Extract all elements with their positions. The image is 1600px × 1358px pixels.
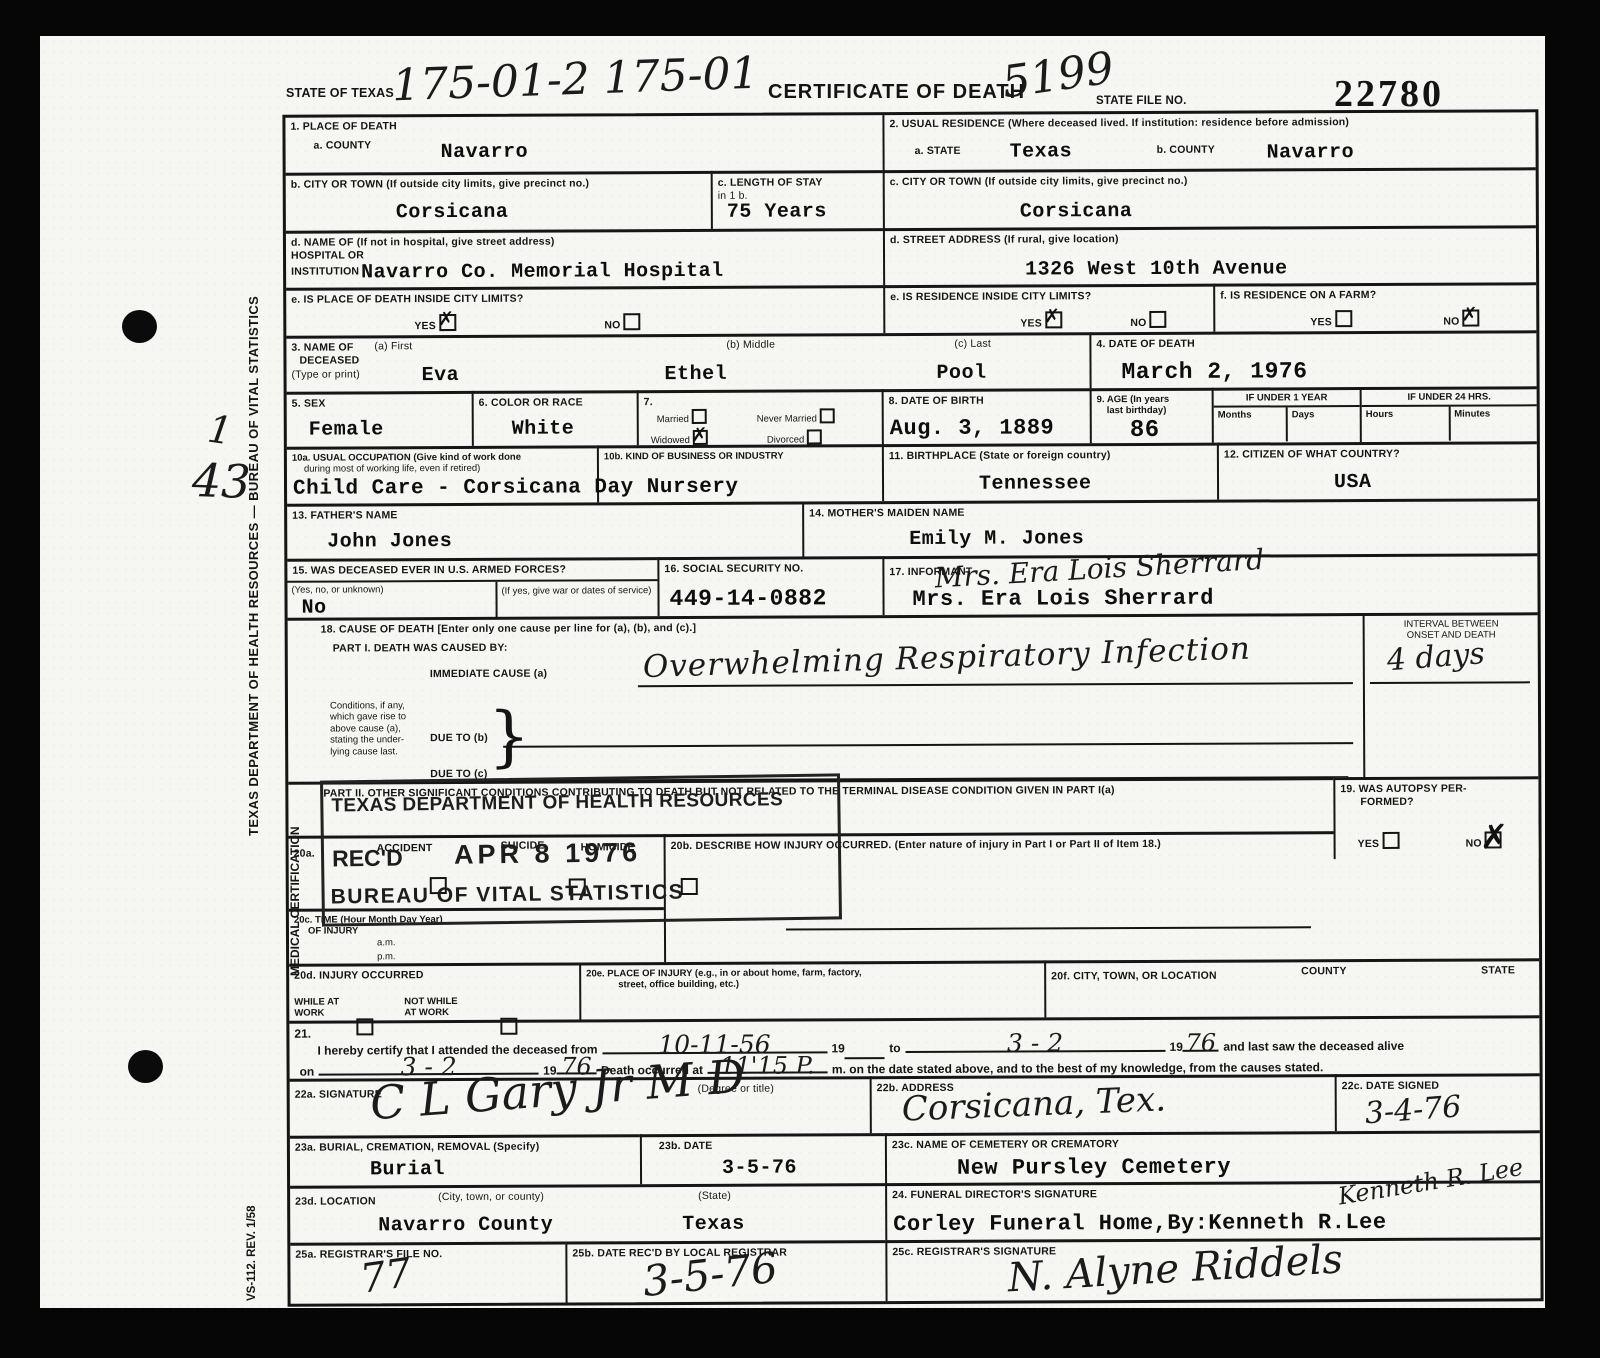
conditions-line4: stating the under- (330, 734, 406, 746)
birthplace-label: 11. BIRTHPLACE (State or foreign country… (889, 449, 1212, 464)
not-while-label-1: NOT WHILE (404, 996, 457, 1007)
autopsy-label-1: 19. WAS AUTOPSY PER- (1340, 782, 1533, 796)
handwritten-file-codes: 175-01-2 175-01 (391, 48, 759, 112)
under-1-year-columns: Months Days (1214, 407, 1360, 442)
attended-to-handwritten: 3 - 2 (905, 1036, 1165, 1053)
first-name-label: (a) First (374, 340, 412, 353)
certificate-page: 1 43 TEXAS DEPARTMENT OF HEALTH RESOURCE… (40, 36, 1545, 1308)
field-occupation: 10a. USUAL OCCUPATION (Give kind of work… (287, 445, 597, 503)
field-residence-farm: f. IS RESIDENCE ON A FARM? YES NO ✗ (1213, 282, 1536, 331)
year-to-handwritten: 76 (1183, 1036, 1219, 1052)
first-name-value: Eva (421, 364, 459, 387)
farm-no: NO ✗ (1443, 310, 1479, 329)
deceased-label-3: (Type or print) (292, 368, 360, 381)
death-city-limits-label: e. IS PLACE OF DEATH INSIDE CITY LIMITS? (291, 291, 878, 307)
field-20f-location: 20f. CITY, TOWN, OR LOCATION COUNTY STAT… (1044, 958, 1539, 1017)
cemetery-value: New Pursley Cemetery (957, 1155, 1231, 1181)
father-name-value: John Jones (327, 530, 452, 554)
field-residence-city: c. CITY OR TOWN (If outside city limits,… (883, 167, 1536, 228)
year-19-label-b: 19 (1169, 1040, 1182, 1054)
under-24-hrs-columns: Hours Minutes (1362, 407, 1537, 442)
conditions-line1: Conditions, if any, (330, 700, 406, 712)
burial-date-value: 3-5-76 (722, 1157, 797, 1180)
hours-label: Hours (1362, 407, 1449, 441)
middle-name-label: (b) Middle (726, 339, 775, 352)
field-sex: 5. SEX Female (287, 391, 472, 447)
field-name-of-deceased: 3. NAME OF DECEASED (Type or print) (a) … (286, 332, 1089, 392)
field-hospital: d. NAME OF (If not in hospital, give str… (286, 228, 883, 288)
no-label: NO (1443, 316, 1459, 328)
usual-residence-label: 2. USUAL RESIDENCE (Where deceased lived… (889, 115, 1530, 131)
marital-never: Never Married (757, 408, 835, 425)
margin-agency-title: TEXAS DEPARTMENT OF HEALTH RESOURCES — B… (246, 280, 261, 836)
place-of-death-label: 1. PLACE OF DEATH (290, 118, 877, 134)
date-signed-handwritten: 3-4-76 (1364, 1089, 1463, 1131)
injury-occurred-label: 20d. INJURY OCCURRED (294, 968, 574, 982)
residence-city-value: Corsicana (1020, 200, 1133, 223)
check-mark: ✗ (691, 424, 707, 447)
industry-label: 10b. KIND OF BUSINESS OR INDUSTRY (604, 450, 877, 463)
conditions-line2: which gave rise to (330, 712, 406, 724)
field-ssn: 16. SOCIAL SECURITY NO. 449-14-0882 (657, 556, 882, 616)
age-label-2: last birthday) (1097, 405, 1207, 417)
armed-forces-left: (Yes, no, or unknown) No (287, 582, 495, 619)
last-name-label: (c) Last (954, 338, 991, 351)
age-label-1: 9. AGE (In years (1097, 394, 1207, 406)
mother-name-value: Emily M. Jones (909, 527, 1084, 551)
state-sublabel: (State) (698, 1190, 731, 1203)
field-date-of-birth: 8. DATE OF BIRTH Aug. 3, 1889 (882, 388, 1090, 444)
field-residence-city-limits: e. IS RESIDENCE INSIDE CITY LIMITS? YES … (883, 284, 1213, 333)
birthplace-value: Tennessee (979, 472, 1092, 495)
field-23b-burial-date: 23b. DATE 3-5-76 (640, 1133, 885, 1184)
length-of-stay-value: 75 Years (727, 200, 827, 223)
immediate-cause-handwritten: Overwhelming Respiratory Infection (642, 631, 1251, 686)
married-checkbox (692, 409, 707, 424)
hospital-value: Navarro Co. Memorial Hospital (361, 260, 724, 285)
punch-hole-top (122, 310, 157, 343)
residence-farm-label: f. IS RESIDENCE ON A FARM? (1220, 288, 1531, 302)
farm-yes: YES (1310, 310, 1352, 329)
on-label: on (300, 1065, 315, 1079)
city-town-location-label: 20f. CITY, TOWN, OR LOCATION (1051, 970, 1217, 984)
death-limits-no-checkbox (624, 313, 641, 330)
date-of-death-value: March 2, 1976 (1121, 358, 1307, 385)
field-cause-of-death: 18. CAUSE OF DEATH [Enter only one cause… (288, 613, 1364, 782)
stamp-date: APR 8 1976 (454, 837, 642, 871)
yes-label: YES (414, 320, 436, 332)
cemetery-label: 23c. NAME OF CEMETERY OR CREMATORY (892, 1136, 1535, 1152)
field-birthplace: 11. BIRTHPLACE (State or foreign country… (882, 443, 1217, 501)
field-if-under-1-year: IF UNDER 1 YEAR Months Days (1212, 387, 1360, 443)
field-race: 6. COLOR OR RACE White (472, 390, 637, 446)
to-label: to (889, 1041, 900, 1055)
widowed-checkbox: ✗ (693, 430, 708, 445)
death-limits-yes: YES ✗ (414, 314, 456, 333)
conditions-note: Conditions, if any, which gave rise to a… (330, 700, 406, 757)
check-mark: ✗ (1044, 305, 1060, 329)
occupation-label-2: during most of working life, even if ret… (292, 463, 592, 476)
county-value: Navarro (441, 141, 529, 164)
citizen-value: USA (1334, 471, 1372, 494)
registrar-file-label: 25a. REGISTRAR'S FILE NO. (295, 1248, 560, 1262)
received-stamp: TEXAS DEPARTMENT OF HEALTH RESOURCES REC… (320, 773, 842, 926)
margin-handwritten-43: 43 (191, 453, 251, 509)
field-if-under-24-hrs: IF UNDER 24 HRS. Hours Minutes (1360, 386, 1537, 442)
race-label: 6. COLOR OR RACE (479, 396, 632, 410)
field-23d-location: 23d. LOCATION (City, town, or county) (S… (290, 1183, 885, 1243)
field-22c-date-signed: 22c. DATE SIGNED 3-4-76 (1335, 1073, 1540, 1131)
field-25c-registrar-signature: 25c. REGISTRAR'S SIGNATURE N. Alyne Ridd… (885, 1237, 1540, 1301)
field-24-funeral-director: 24. FUNERAL DIRECTOR'S SIGNATURE Kenneth… (885, 1180, 1540, 1240)
yes-label: YES (1358, 838, 1380, 850)
sex-value: Female (309, 418, 384, 441)
cause-part1-label: PART I. DEATH WAS CAUSED BY: (333, 642, 508, 656)
last-name-value: Pool (936, 362, 986, 385)
state-file-no-label: STATE FILE NO. (1096, 94, 1187, 108)
yes-label: YES (1020, 317, 1042, 329)
field-street-address: d. STREET ADDRESS (If rural, give locati… (883, 225, 1536, 285)
burial-location-city-value: Navarro County (378, 1214, 553, 1238)
state-column-label: STATE (1481, 964, 1515, 977)
residence-state-value: Texas (1010, 140, 1073, 163)
residence-city-label: c. CITY OR TOWN (If outside city limits,… (890, 173, 1531, 189)
certify-text-2: and last saw the deceased alive (1223, 1039, 1404, 1054)
residence-county-value: Navarro (1267, 141, 1355, 164)
dob-label: 8. DATE OF BIRTH (889, 394, 1085, 408)
not-while-at-work: NOT WHILE AT WORK (404, 996, 457, 1019)
certificate-title: CERTIFICATE OF DEATH (768, 80, 1025, 105)
while-at-work: WHILE AT WORK (294, 997, 339, 1020)
armed-forces-columns: (Yes, no, or unknown) No (If yes, give w… (287, 581, 657, 619)
under-1-year-label: IF UNDER 1 YEAR (1214, 390, 1360, 408)
interval-label-1: INTERVAL BETWEEN (1370, 618, 1533, 630)
field-20d-injury-occurred: 20d. INJURY OCCURRED WHILE AT WORK NOT W… (289, 962, 579, 1020)
state-of-texas-label: STATE OF TEXAS (286, 86, 394, 102)
city-town-county-sublabel: (City, town, or county) (438, 1191, 544, 1205)
while-at-label-2: WORK (294, 1008, 324, 1019)
burial-label: 23a. BURIAL, CREMATION, REMOVAL (Specify… (295, 1140, 635, 1155)
yes-label: YES (1310, 316, 1332, 328)
field-length-of-stay: c. LENGTH OF STAY in 1 b. 75 Years (711, 170, 883, 229)
farm-no-checkbox: ✗ (1463, 310, 1480, 327)
street-address-label: d. STREET ADDRESS (If rural, give locati… (890, 231, 1531, 247)
margin-form-code: VS-112. REV. 1/58 (246, 1086, 258, 1301)
field-23a-burial: 23a. BURIAL, CREMATION, REMOVAL (Specify… (290, 1134, 640, 1186)
field-informant: 17. INFORMANT Mrs. Era Lois Sherrard Mrs… (882, 553, 1537, 615)
mother-name-label: 14. MOTHER'S MAIDEN NAME (809, 504, 1532, 520)
city-of-death-label: b. CITY OR TOWN (If outside city limits,… (291, 177, 706, 192)
immediate-cause-label: IMMEDIATE CAUSE (a) (430, 668, 547, 682)
scanned-death-certificate: 1 43 TEXAS DEPARTMENT OF HEALTH RESOURCE… (0, 0, 1600, 1358)
while-at-label-1: WHILE AT (294, 997, 339, 1008)
describe-injury-line (786, 926, 1311, 930)
date-of-death-label: 4. DATE OF DEATH (1096, 336, 1531, 351)
never-married-label: Never Married (757, 413, 817, 424)
autopsy-no: NO ✗ (1466, 831, 1502, 850)
death-limits-yes-checkbox: ✗ (439, 314, 456, 331)
ssn-label: 16. SOCIAL SECURITY NO. (664, 562, 877, 576)
am-label: a.m. (377, 937, 396, 948)
middle-name-value: Ethel (664, 363, 727, 386)
father-name-label: 13. FATHER'S NAME (292, 508, 797, 523)
residence-limits-no-checkbox (1150, 311, 1167, 328)
field-date-of-death: 4. DATE OF DEATH March 2, 1976 (1089, 330, 1536, 388)
year-19-label-a: 19 (831, 1041, 844, 1055)
divorced-checkbox (807, 429, 822, 444)
race-value: White (512, 417, 575, 440)
interval-line (1370, 681, 1530, 684)
stamp-bureau-line: BUREAU OF VITAL STATISTICS (330, 881, 684, 910)
burial-location-label: 23d. LOCATION (295, 1195, 376, 1208)
autopsy-no-checkbox: ✗ (1485, 831, 1502, 848)
conditions-line5: lying cause last. (330, 746, 406, 758)
field-citizen: 12. CITIZEN OF WHAT COUNTRY? USA (1217, 441, 1537, 499)
street-address-value: 1326 West 10th Avenue (1025, 257, 1288, 281)
autopsy-yes-checkbox (1382, 832, 1399, 849)
residence-state-label: a. STATE (915, 145, 961, 158)
age-value: 86 (1130, 417, 1160, 444)
stamp-agency-line: TEXAS DEPARTMENT OF HEALTH RESOURCES (331, 789, 783, 817)
no-label: NO (1130, 317, 1146, 329)
field-interval: INTERVAL BETWEEN ONSET AND DEATH 4 days (1363, 612, 1539, 777)
conditions-line3: above cause (a), (330, 723, 406, 735)
field-father-name: 13. FATHER'S NAME John Jones (287, 501, 802, 558)
place-of-injury-label-2: street, office building, etc.) (586, 978, 1039, 991)
field-city-of-death: b. CITY OR TOWN (If outside city limits,… (286, 171, 711, 231)
autopsy-label-2: FORMED? (1340, 795, 1533, 809)
field-place-of-death: 1. PLACE OF DEATH a. COUNTY Navarro (285, 115, 882, 173)
field-25a-registrar-file: 25a. REGISTRAR'S FILE NO. 77 (290, 1242, 565, 1304)
residence-limits-yes-checkbox: ✗ (1045, 311, 1062, 328)
registrar-file-handwritten: 77 (357, 1250, 414, 1303)
burial-location-state-value: Texas (682, 1213, 745, 1236)
burial-value: Burial (370, 1158, 445, 1181)
armed-forces-sub1: (Yes, no, or unknown) (291, 584, 491, 596)
farm-yes-checkbox (1335, 310, 1352, 327)
residence-limits-yes: YES ✗ (1020, 311, 1062, 330)
residence-county-label: b. COUNTY (1157, 144, 1215, 157)
county-label: a. COUNTY (314, 139, 372, 152)
certify-text-1: I hereby certify that I attended the dec… (317, 1042, 597, 1057)
marital-label: 7. (644, 395, 877, 409)
autopsy-yes: YES (1358, 832, 1400, 851)
city-of-death-value: Corsicana (396, 201, 509, 224)
length-of-stay-label: c. LENGTH OF STAY (718, 176, 878, 190)
field-marital-status: 7. Married Never Married Widowed ✗ Divor… (637, 389, 882, 445)
no-label: NO (604, 319, 620, 331)
interval-handwritten: 4 days (1386, 636, 1486, 678)
married-label: Married (657, 414, 689, 425)
stamp-recd-label: REC'D (332, 844, 403, 872)
field-death-city-limits: e. IS PLACE OF DEATH INSIDE CITY LIMITS?… (286, 285, 883, 336)
dob-value: Aug. 3, 1889 (890, 415, 1055, 441)
check-mark: ✗ (1480, 816, 1509, 859)
ssn-value: 449-14-0882 (669, 585, 826, 612)
conditions-brace: } (488, 698, 530, 775)
death-limits-no: NO (604, 313, 640, 332)
days-label: Days (1286, 407, 1360, 441)
minutes-label: Minutes (1448, 407, 1537, 441)
armed-forces-value: No (292, 595, 492, 619)
field-age: 9. AGE (In years last birthday) 86 (1090, 388, 1212, 444)
check-mark: ✗ (438, 308, 454, 332)
field-22b-address: 22b. ADDRESS Corsicana, Tex. (870, 1074, 1335, 1133)
burial-date-label: 23b. DATE (647, 1139, 880, 1153)
punch-hole-bottom (128, 1050, 163, 1083)
citizen-label: 12. CITIZEN OF WHAT COUNTRY? (1224, 447, 1532, 461)
pm-label: p.m. (377, 951, 396, 962)
field-22a-signature: 22a. SIGNATURE (Degree or title) C L Gar… (290, 1076, 870, 1136)
sex-label: 5. SEX (292, 397, 467, 411)
hospital-label-3: INSTITUTION (291, 265, 359, 278)
field-25b-date-received: 25b. DATE REC'D BY LOCAL REGISTRAR 3-5-7… (565, 1240, 885, 1302)
due-to-b-line (503, 742, 1353, 748)
field-armed-forces: 15. WAS DECEASED EVER IN U.S. ARMED FORC… (287, 557, 657, 618)
never-married-checkbox (820, 408, 835, 423)
armed-forces-label: 15. WAS DECEASED EVER IN U.S. ARMED FORC… (287, 560, 657, 583)
months-label: Months (1214, 408, 1286, 442)
field-usual-residence: 2. USUAL RESIDENCE (Where deceased lived… (882, 112, 1535, 170)
certificate-form: 1. PLACE OF DEATH a. COUNTY Navarro 2. U… (282, 109, 1543, 1306)
residence-limits-label: e. IS RESIDENCE INSIDE CITY LIMITS? (890, 290, 1208, 305)
residence-limits-no: NO (1130, 311, 1166, 330)
occupation-value: Child Care - Corsicana Day Nursery (293, 476, 739, 501)
under-24-hrs-label: IF UNDER 24 HRS. (1362, 389, 1537, 407)
of-injury-label: OF INJURY (294, 925, 659, 938)
field-20e-place-of-injury: 20e. PLACE OF INJURY (e.g., in or about … (579, 960, 1044, 1019)
funeral-director-typed: Corley Funeral Home,By:Kenneth R.Lee (893, 1210, 1386, 1237)
check-mark: ✗ (1462, 304, 1478, 328)
immediate-cause-line (638, 682, 1353, 687)
manner-20a-label: 20a. (294, 848, 315, 861)
due-to-b-label: DUE TO (b) (430, 732, 488, 745)
armed-forces-sub2: (If yes, give war or dates of service) (495, 581, 657, 618)
not-while-label-2: AT WORK (404, 1007, 449, 1018)
field-autopsy: 19. WAS AUTOPSY PER- FORMED? YES NO ✗ (1333, 776, 1538, 859)
margin-handwritten-one: 1 (205, 407, 235, 454)
county-column-label: COUNTY (1301, 965, 1347, 978)
